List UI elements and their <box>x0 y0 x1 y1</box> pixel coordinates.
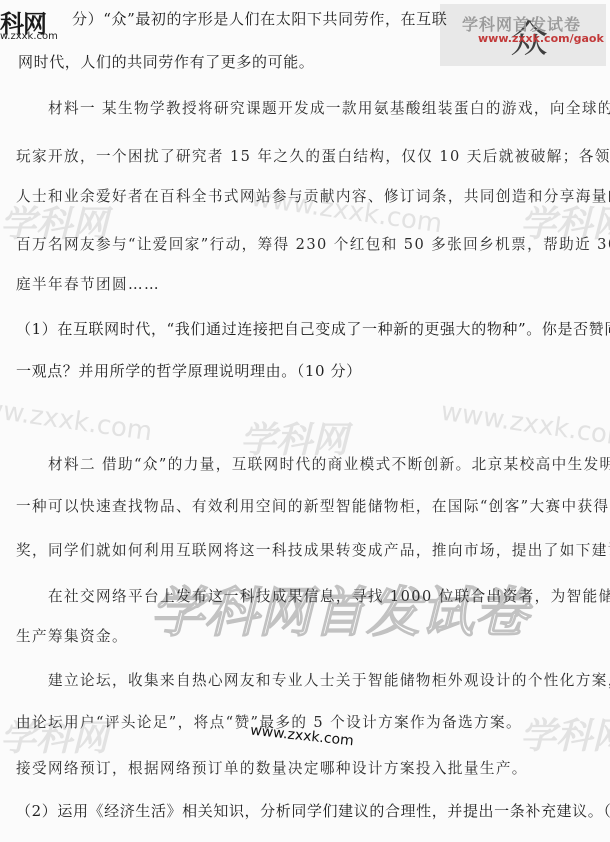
suggestion-3-line: 接受网络预订，根据网络预订单的数量决定哪种设计方案投入批量生产。 <box>16 760 600 778</box>
stamp-url: www.zxxk.com/gaok <box>478 32 604 45</box>
question-1-line: 一观点？并用所学的哲学原理说明理由。（10 分） <box>16 362 600 380</box>
material-one-line: 玩家开放，一个困扰了研究者 15 年之久的蛋白结构，仅仅 10 天后就被破解；各… <box>16 148 600 166</box>
material-one-line: 百万名网友参与“让爱回家”行动，筹得 230 个红包和 50 多张回乡机票，帮助… <box>16 236 600 254</box>
intro-line-1: 分）“众”最初的字形是人们在太阳下共同劳作，在互联 <box>72 10 600 28</box>
question-1-line: （1）在互联网时代，“我们通过连接把自己变成了一种新的更强大的物种”。你是否赞同… <box>16 320 600 338</box>
material-two-line: 材料二 借助“众”的力量，互联网时代的商业模式不断创新。北京某校高中生发明了 <box>48 456 600 474</box>
watermark-url: www.zxxk.com <box>439 397 610 454</box>
intro-line-2: 网时代，人们的共同劳作有了更多的可能。 <box>18 53 600 71</box>
material-one-line: 人士和业余爱好者在百科全书式网站参与贡献内容、修订词条，共同创造和分享海量的知识… <box>16 188 600 206</box>
logo-url: w.zxxk.com <box>0 31 58 42</box>
suggestion-1-line: 在社交网络平台上发布这一科技成果信息，寻找 1000 位联合出资者，为智能储物柜… <box>48 588 600 606</box>
material-two-line: 奖，同学们就如何利用互联网将这一科技成果转变成产品，推向市场，提出了如下建议： <box>16 542 600 560</box>
material-one-line: 材料一 某生物学教授将研究课题开发成一款用氨基酸组装蛋白的游戏，向全球的游戏 <box>48 100 600 118</box>
material-two-line: 一种可以快速查找物品、有效利用空间的新型智能储物柜，在国际“创客”大赛中获得了大 <box>16 498 600 516</box>
material-one-line: 庭半年春节团圆…… <box>16 276 600 294</box>
suggestion-1-line: 生产筹集资金。 <box>16 628 600 646</box>
site-logo: 科网 w.zxxk.com <box>0 4 72 44</box>
suggestion-2-line: 由论坛用户“评头论足”，将点“赞”最多的 5 个设计方案作为备选方案。 <box>16 714 600 732</box>
watermark-url: www.zxxk.com <box>0 391 154 448</box>
suggestion-2-line: 建立论坛，收集来自热心网友和专业人士关于智能储物柜外观设计的个性化方案，并 <box>48 672 600 690</box>
question-2-line: （2）运用《经济生活》相关知识，分析同学们建议的合理性，并提出一条补充建议。（1… <box>16 802 600 820</box>
